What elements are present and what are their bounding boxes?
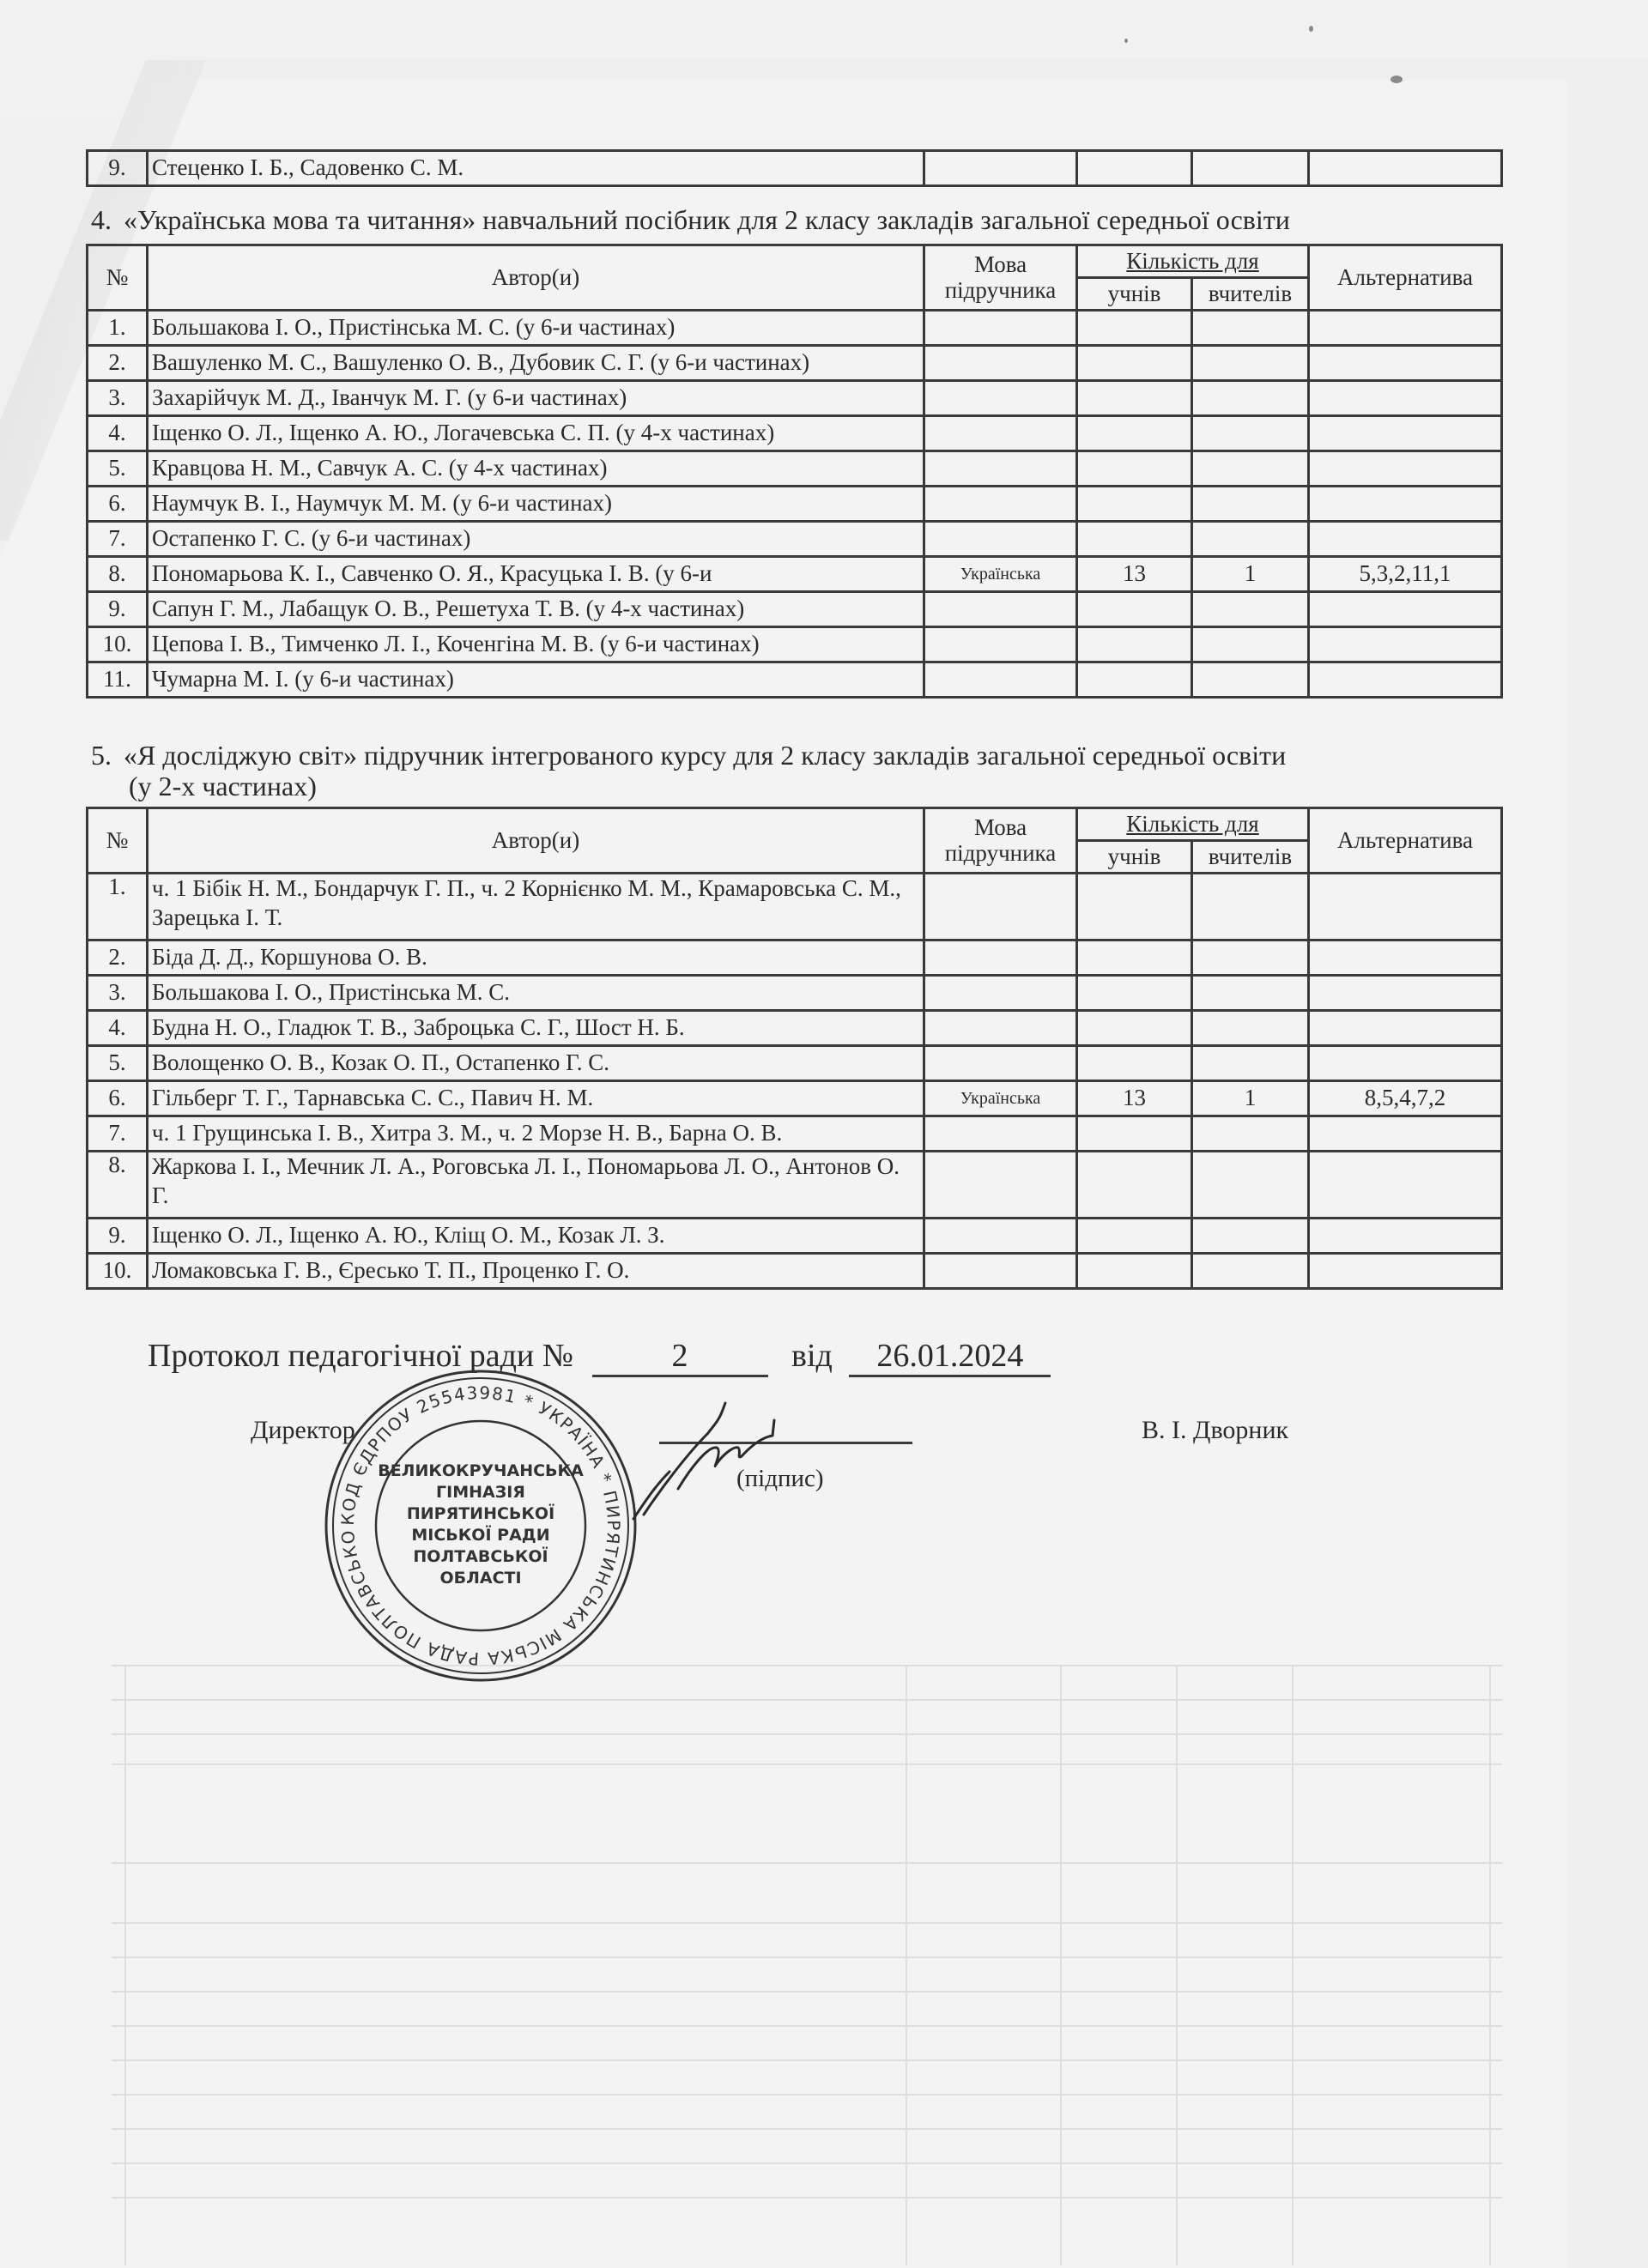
teachers-count bbox=[1192, 627, 1309, 662]
students-count: 13 bbox=[1077, 1081, 1192, 1116]
students-count bbox=[1077, 522, 1192, 557]
director-name: В. І. Дворник bbox=[1142, 1416, 1288, 1445]
author-cell: Іщенко О. Л., Іщенко А. Ю., Логачевська … bbox=[148, 416, 924, 451]
students-count bbox=[1077, 381, 1192, 416]
section-5-table: № Автор(и) Мовапідручника Кількість для … bbox=[86, 807, 1503, 1290]
alternative-cell bbox=[1309, 1254, 1502, 1289]
alternative-cell bbox=[1309, 311, 1502, 346]
teachers-count bbox=[1192, 416, 1309, 451]
language-cell: Українська bbox=[924, 1081, 1077, 1116]
row-number: 9. bbox=[88, 592, 148, 627]
language-cell bbox=[924, 451, 1077, 487]
language-cell bbox=[924, 522, 1077, 557]
teachers-count bbox=[1192, 151, 1309, 186]
table-row: 10.Ломаковська Г. В., Єресько Т. П., Про… bbox=[88, 1254, 1502, 1289]
author-cell: Захарійчук М. Д., Іванчук М. Г. (у 6-и ч… bbox=[148, 381, 924, 416]
col-header-teachers: вчителів bbox=[1192, 841, 1309, 874]
protocol-date-label: від bbox=[791, 1338, 833, 1374]
table-row: 10.Цепова І. В., Тимченко Л. І., Коченгі… bbox=[88, 627, 1502, 662]
row-number: 4. bbox=[88, 416, 148, 451]
alternative-cell bbox=[1309, 874, 1502, 940]
author-cell: Наумчук В. І., Наумчук М. М. (у 6-и част… bbox=[148, 487, 924, 522]
row-number: 11. bbox=[88, 662, 148, 698]
students-count bbox=[1077, 976, 1192, 1011]
col-header-quantity: Кількість для bbox=[1077, 808, 1309, 841]
alternative-cell bbox=[1309, 451, 1502, 487]
teachers-count bbox=[1192, 1116, 1309, 1152]
author-cell: Стеценко І. Б., Садовенко С. М. bbox=[148, 151, 924, 186]
students-count bbox=[1077, 311, 1192, 346]
table-row: 2.Вашуленко М. С., Вашуленко О. В., Дубо… bbox=[88, 346, 1502, 381]
stamp-center-line: ПОЛТАВСЬКОЇ bbox=[413, 1545, 548, 1566]
table-row: 1.ч. 1 Бібік Н. М., Бондарчук Г. П., ч. … bbox=[88, 874, 1502, 940]
stamp-center-line: ВЕЛИКОКРУЧАНСЬКА bbox=[378, 1461, 584, 1480]
alternative-cell: 8,5,4,7,2 bbox=[1309, 1081, 1502, 1116]
section-4-table: № Автор(и) Мовапідручника Кількість для … bbox=[86, 244, 1503, 699]
teachers-count: 1 bbox=[1192, 1081, 1309, 1116]
alternative-cell bbox=[1309, 976, 1502, 1011]
language-cell bbox=[924, 1254, 1077, 1289]
language-cell bbox=[924, 662, 1077, 698]
table-row: 3.Захарійчук М. Д., Іванчук М. Г. (у 6-и… bbox=[88, 381, 1502, 416]
table-row: 9.Іщенко О. Л., Іщенко А. Ю., Кліщ О. М.… bbox=[88, 1219, 1502, 1254]
language-cell bbox=[924, 940, 1077, 976]
section-title-text: «Я досліджую світ» підручник інтегровано… bbox=[124, 740, 1286, 771]
author-cell: Цепова І. В., Тимченко Л. І., Коченгіна … bbox=[148, 627, 924, 662]
teachers-count bbox=[1192, 940, 1309, 976]
students-count bbox=[1077, 487, 1192, 522]
table-row: 8.Жаркова І. І., Мечник Л. А., Роговська… bbox=[88, 1152, 1502, 1219]
row-number: 5. bbox=[88, 451, 148, 487]
students-count bbox=[1077, 451, 1192, 487]
section-number: 5. bbox=[91, 740, 112, 771]
language-cell bbox=[924, 346, 1077, 381]
students-count bbox=[1077, 592, 1192, 627]
teachers-count bbox=[1192, 662, 1309, 698]
language-cell bbox=[924, 381, 1077, 416]
row-number: 8. bbox=[88, 557, 148, 592]
col-header-alternative: Альтернатива bbox=[1309, 245, 1502, 311]
alternative-cell bbox=[1309, 1046, 1502, 1081]
students-count bbox=[1077, 416, 1192, 451]
alternative-cell bbox=[1309, 627, 1502, 662]
table-row: 9.Стеценко І. Б., Садовенко С. М. bbox=[88, 151, 1502, 186]
students-count bbox=[1077, 662, 1192, 698]
col-header-author: Автор(и) bbox=[148, 245, 924, 311]
language-cell bbox=[924, 416, 1077, 451]
col-header-students: учнів bbox=[1077, 841, 1192, 874]
author-cell: Большакова І. О., Пристінська М. С. bbox=[148, 976, 924, 1011]
row-number: 1. bbox=[88, 874, 148, 940]
col-header-teachers: вчителів bbox=[1192, 278, 1309, 311]
students-count bbox=[1077, 346, 1192, 381]
teachers-count: 1 bbox=[1192, 557, 1309, 592]
alternative-cell bbox=[1309, 940, 1502, 976]
author-cell: Волощенко О. В., Козак О. П., Остапенко … bbox=[148, 1046, 924, 1081]
teachers-count bbox=[1192, 311, 1309, 346]
students-count bbox=[1077, 1116, 1192, 1152]
alternative-cell bbox=[1309, 592, 1502, 627]
row-number: 8. bbox=[88, 1152, 148, 1219]
author-cell: Вашуленко М. С., Вашуленко О. В., Дубови… bbox=[148, 346, 924, 381]
alternative-cell bbox=[1309, 346, 1502, 381]
col-header-quantity: Кількість для bbox=[1077, 245, 1309, 278]
teachers-count bbox=[1192, 451, 1309, 487]
teachers-count bbox=[1192, 1046, 1309, 1081]
alternative-cell bbox=[1309, 381, 1502, 416]
table-row: 4.Будна Н. О., Гладюк Т. В., Заброцька С… bbox=[88, 1011, 1502, 1046]
alternative-cell: 5,3,2,11,1 bbox=[1309, 557, 1502, 592]
author-cell: Іщенко О. Л., Іщенко А. Ю., Кліщ О. М., … bbox=[148, 1219, 924, 1254]
teachers-count bbox=[1192, 1152, 1309, 1219]
students-count bbox=[1077, 1152, 1192, 1219]
alternative-cell bbox=[1309, 151, 1502, 186]
alternative-cell bbox=[1309, 416, 1502, 451]
alternative-cell bbox=[1309, 1011, 1502, 1046]
language-cell bbox=[924, 874, 1077, 940]
teachers-count bbox=[1192, 976, 1309, 1011]
language-cell bbox=[924, 1219, 1077, 1254]
row-number: 6. bbox=[88, 1081, 148, 1116]
row-number: 9. bbox=[88, 1219, 148, 1254]
section-number: 4. bbox=[91, 204, 112, 235]
alternative-cell bbox=[1309, 1116, 1502, 1152]
col-header-num: № bbox=[88, 245, 148, 311]
stamp-center-line: ГІМНАЗІЯ bbox=[436, 1483, 525, 1502]
official-stamp-icon: КОД ЄДРПОУ 25543981 * УКРАЇНА * ПИРЯТИНС… bbox=[318, 1363, 644, 1689]
students-count bbox=[1077, 627, 1192, 662]
table-row: 11.Чумарна М. І. (у 6-и частинах) bbox=[88, 662, 1502, 698]
teachers-count bbox=[1192, 346, 1309, 381]
author-cell: Сапун Г. М., Лабащук О. В., Решетуха Т. … bbox=[148, 592, 924, 627]
row-number: 10. bbox=[88, 627, 148, 662]
row-number: 7. bbox=[88, 1116, 148, 1152]
row-number: 3. bbox=[88, 976, 148, 1011]
language-cell bbox=[924, 1116, 1077, 1152]
table-row: 5.Кравцова Н. М., Савчук А. С. (у 4-х ча… bbox=[88, 451, 1502, 487]
teachers-count bbox=[1192, 487, 1309, 522]
alternative-cell bbox=[1309, 487, 1502, 522]
author-cell: Жаркова І. І., Мечник Л. А., Роговська Л… bbox=[148, 1152, 924, 1219]
author-cell: Кравцова Н. М., Савчук А. С. (у 4-х част… bbox=[148, 451, 924, 487]
col-header-language: Мовапідручника bbox=[924, 808, 1077, 874]
author-cell: Остапенко Г. С. (у 6-и частинах) bbox=[148, 522, 924, 557]
language-cell bbox=[924, 1152, 1077, 1219]
table-row: 5.Волощенко О. В., Козак О. П., Остапенк… bbox=[88, 1046, 1502, 1081]
table-row: 2.Біда Д. Д., Коршунова О. В. bbox=[88, 940, 1502, 976]
col-header-alternative: Альтернатива bbox=[1309, 808, 1502, 874]
table-row: 8.Пономарьова К. І., Савченко О. Я., Кра… bbox=[88, 557, 1502, 592]
alternative-cell bbox=[1309, 662, 1502, 698]
language-cell bbox=[924, 627, 1077, 662]
document-content: 9.Стеценко І. Б., Садовенко С. М. 4.«Укр… bbox=[0, 0, 1648, 2268]
protocol-date: 26.01.2024 bbox=[849, 1337, 1051, 1377]
signature-icon bbox=[627, 1386, 850, 1523]
col-header-num: № bbox=[88, 808, 148, 874]
row-number: 4. bbox=[88, 1011, 148, 1046]
row-number: 9. bbox=[88, 151, 148, 186]
section-5-title-line2: (у 2-х частинах) bbox=[129, 771, 317, 802]
language-cell bbox=[924, 311, 1077, 346]
author-cell: Чумарна М. І. (у 6-и частинах) bbox=[148, 662, 924, 698]
section-4-title: 4.«Українська мова та читання» навчальни… bbox=[91, 204, 1290, 236]
section-5-title: 5.«Я досліджую світ» підручник інтегрова… bbox=[91, 740, 1286, 771]
teachers-count bbox=[1192, 1219, 1309, 1254]
section-title-text: «Українська мова та читання» навчальний … bbox=[124, 204, 1290, 235]
author-cell: Біда Д. Д., Коршунова О. В. bbox=[148, 940, 924, 976]
row-number: 3. bbox=[88, 381, 148, 416]
table-row: 4.Іщенко О. Л., Іщенко А. Ю., Логачевськ… bbox=[88, 416, 1502, 451]
language-cell bbox=[924, 976, 1077, 1011]
row-number: 5. bbox=[88, 1046, 148, 1081]
row-number: 1. bbox=[88, 311, 148, 346]
students-count bbox=[1077, 874, 1192, 940]
stamp-center-line: ПИРЯТИНСЬКОЇ bbox=[407, 1503, 554, 1523]
table-row: 9.Сапун Г. М., Лабащук О. В., Решетуха Т… bbox=[88, 592, 1502, 627]
teachers-count bbox=[1192, 522, 1309, 557]
teachers-count bbox=[1192, 1254, 1309, 1289]
previous-table-tail: 9.Стеценко І. Б., Садовенко С. М. bbox=[86, 149, 1503, 187]
students-count bbox=[1077, 1046, 1192, 1081]
students-count bbox=[1077, 151, 1192, 186]
teachers-count bbox=[1192, 1011, 1309, 1046]
language-cell bbox=[924, 151, 1077, 186]
students-count bbox=[1077, 1011, 1192, 1046]
table-row: 6.Наумчук В. І., Наумчук М. М. (у 6-и ча… bbox=[88, 487, 1502, 522]
stamp-center-line: ОБЛАСТІ bbox=[439, 1569, 521, 1588]
students-count bbox=[1077, 1219, 1192, 1254]
language-cell bbox=[924, 1046, 1077, 1081]
table-row: 6.Гільберг Т. Г., Тарнавська С. С., Пави… bbox=[88, 1081, 1502, 1116]
teachers-count bbox=[1192, 381, 1309, 416]
students-count: 13 bbox=[1077, 557, 1192, 592]
author-cell: ч. 1 Грущинська І. В., Хитра З. М., ч. 2… bbox=[148, 1116, 924, 1152]
author-cell: Большакова І. О., Пристінська М. С. (у 6… bbox=[148, 311, 924, 346]
col-header-author: Автор(и) bbox=[148, 808, 924, 874]
row-number: 2. bbox=[88, 346, 148, 381]
alternative-cell bbox=[1309, 522, 1502, 557]
author-cell: ч. 1 Бібік Н. М., Бондарчук Г. П., ч. 2 … bbox=[148, 874, 924, 940]
row-number: 2. bbox=[88, 940, 148, 976]
teachers-count bbox=[1192, 592, 1309, 627]
language-cell bbox=[924, 487, 1077, 522]
students-count bbox=[1077, 940, 1192, 976]
stamp-center-line: МІСЬКОЇ РАДИ bbox=[411, 1524, 549, 1545]
author-cell: Пономарьова К. І., Савченко О. Я., Красу… bbox=[148, 557, 924, 592]
table-row: 7.Остапенко Г. С. (у 6-и частинах) bbox=[88, 522, 1502, 557]
row-number: 10. bbox=[88, 1254, 148, 1289]
teachers-count bbox=[1192, 874, 1309, 940]
students-count bbox=[1077, 1254, 1192, 1289]
table-row: 1.Большакова І. О., Пристінська М. С. (у… bbox=[88, 311, 1502, 346]
language-cell: Українська bbox=[924, 557, 1077, 592]
alternative-cell bbox=[1309, 1152, 1502, 1219]
table-row: 7.ч. 1 Грущинська І. В., Хитра З. М., ч.… bbox=[88, 1116, 1502, 1152]
author-cell: Будна Н. О., Гладюк Т. В., Заброцька С. … bbox=[148, 1011, 924, 1046]
col-header-language: Мовапідручника bbox=[924, 245, 1077, 311]
language-cell bbox=[924, 592, 1077, 627]
author-cell: Гільберг Т. Г., Тарнавська С. С., Павич … bbox=[148, 1081, 924, 1116]
language-cell bbox=[924, 1011, 1077, 1046]
author-cell: Ломаковська Г. В., Єресько Т. П., Процен… bbox=[148, 1254, 924, 1289]
col-header-students: учнів bbox=[1077, 278, 1192, 311]
row-number: 6. bbox=[88, 487, 148, 522]
row-number: 7. bbox=[88, 522, 148, 557]
alternative-cell bbox=[1309, 1219, 1502, 1254]
table-row: 3.Большакова І. О., Пристінська М. С. bbox=[88, 976, 1502, 1011]
